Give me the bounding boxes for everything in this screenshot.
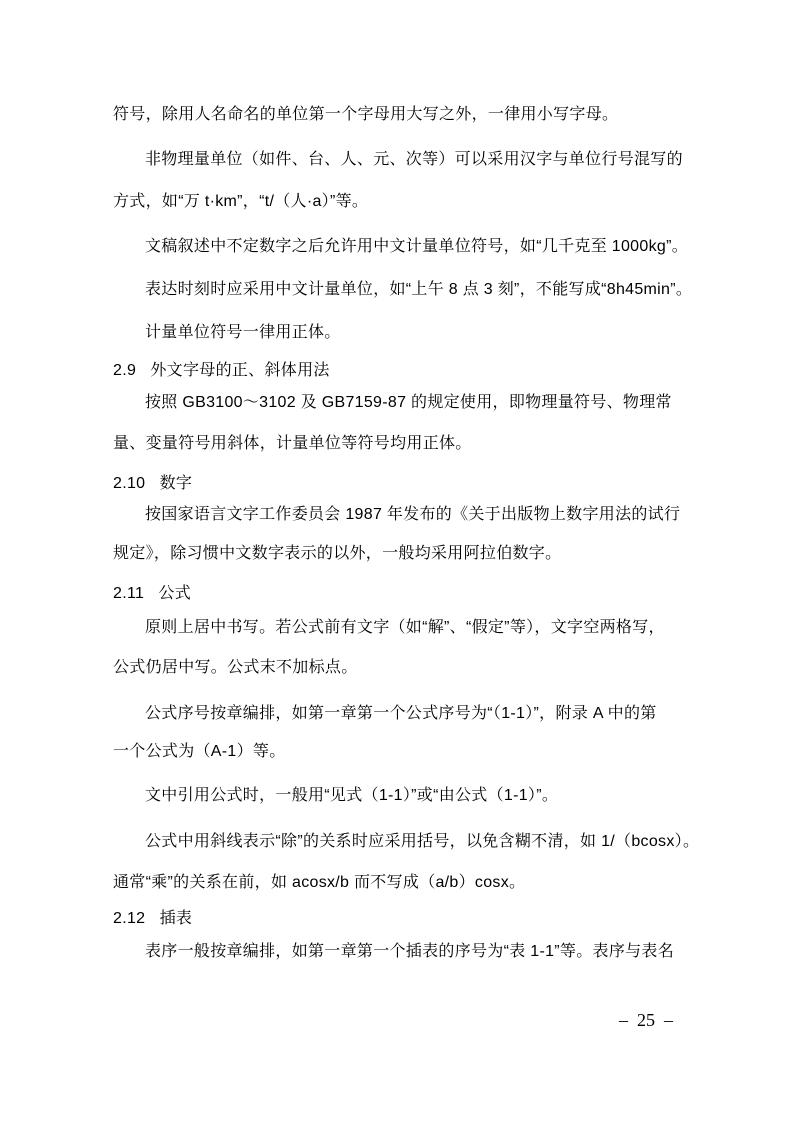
paragraph-line: 公式序号按章编排，如第一章第一个公式序号为“（1-1）”，附录 A 中的第 (113, 703, 713, 725)
paragraph-line: 表达时刻时应采用中文计量单位，如“上午 8 点 3 刻”，不能写成“8h45mi… (113, 279, 713, 301)
document-page: 符号，除用人名命名的单位第一个字母用大写之外，一律用小写字母。 非物理量单位（如… (0, 0, 793, 1122)
paragraph-line: 公式仍居中写。公式末不加标点。 (113, 657, 713, 679)
paragraph-line: 原则上居中书写。若公式前有文字（如“解”、“假定”等），文字空两格写， (113, 617, 713, 639)
section-heading-2-11: 2.11 公式 (113, 583, 713, 605)
paragraph-line: 一个公式为（A-1）等。 (113, 741, 713, 763)
paragraph-line: 通常“乘”的关系在前，如 acosx/b 而不写成（a/b）cosx。 (113, 872, 713, 894)
paragraph-line: 按国家语言文字工作委员会 1987 年发布的《关于出版物上数字用法的试行 (113, 504, 713, 526)
paragraph-line: 计量单位符号一律用正体。 (113, 322, 713, 344)
paragraph-line: 方式，如“万 t·km”，“t/（人·a）”等。 (113, 191, 713, 213)
paragraph-line: 按照 GB3100～3102 及 GB7159-87 的规定使用，即物理量符号、… (113, 392, 713, 414)
paragraph-line: 量、变量符号用斜体，计量单位等符号均用正体。 (113, 433, 713, 455)
paragraph-line: 文稿叙述中不定数字之后允许用中文计量单位符号，如“几千克至 1000kg”。 (113, 236, 713, 258)
paragraph-line: 非物理量单位（如件、台、人、元、次等）可以采用汉字与单位行号混写的 (113, 149, 713, 171)
page-number: – 25 – (113, 1010, 673, 1031)
paragraph-line: 公式中用斜线表示“除”的关系时应采用括号，以免含糊不清，如 1/（bcosx）。 (113, 831, 713, 853)
section-heading-2-9: 2.9 外文字母的正、斜体用法 (113, 360, 713, 382)
section-heading-2-12: 2.12 插表 (113, 908, 713, 930)
paragraph-line: 表序一般按章编排，如第一章第一个插表的序号为“表 1-1”等。表序与表名 (113, 941, 713, 963)
section-heading-2-10: 2.10 数字 (113, 473, 713, 495)
paragraph-line: 规定》，除习惯中文数字表示的以外，一般均采用阿拉伯数字。 (113, 543, 713, 565)
paragraph-line: 符号，除用人名命名的单位第一个字母用大写之外，一律用小写字母。 (113, 104, 713, 126)
paragraph-line: 文中引用公式时，一般用“见式（1-1）”或“由公式（1-1）”。 (113, 785, 713, 807)
